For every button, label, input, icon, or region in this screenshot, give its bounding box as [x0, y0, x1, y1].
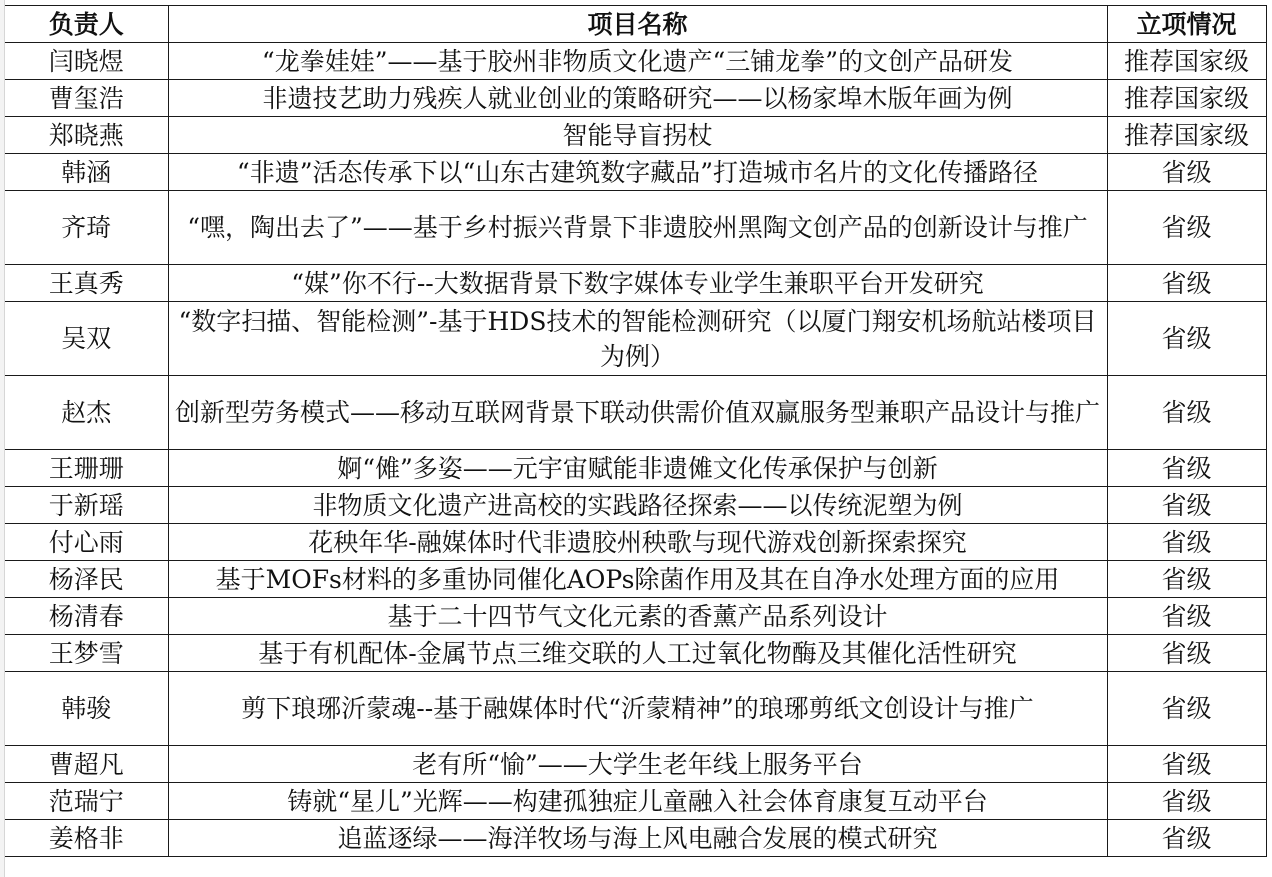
leader-cell: 杨泽民 — [5, 561, 168, 598]
leader-cell: 王真秀 — [5, 265, 168, 302]
status-cell: 省级 — [1107, 191, 1266, 265]
leader-cell: 韩涵 — [5, 154, 168, 191]
project-cell: “数字扫描、智能检测”-基于HDS技术的智能检测研究（以厦门翔安机场航站楼项目为… — [168, 302, 1107, 376]
status-cell: 推荐国家级 — [1107, 117, 1266, 154]
project-table: 负责人 项目名称 立项情况 闫晓煜 “龙拳娃娃”——基于胶州非物质文化遗产“三铺… — [5, 5, 1267, 857]
project-cell: 创新型劳务模式——移动互联网背景下联动供需价值双赢服务型兼职产品设计与推广 — [168, 376, 1107, 450]
table-row: 范瑞宁 铸就“星儿”光辉——构建孤独症儿童融入社会体育康复互动平台 省级 — [5, 783, 1266, 820]
table-row: 韩骏 剪下琅琊沂蒙魂--基于融媒体时代“沂蒙精神”的琅琊剪纸文创设计与推广 省级 — [5, 672, 1266, 746]
project-cell: 追蓝逐绿——海洋牧场与海上风电融合发展的模式研究 — [168, 820, 1107, 857]
status-cell: 省级 — [1107, 746, 1266, 783]
leader-cell: 韩骏 — [5, 672, 168, 746]
leader-cell: 王梦雪 — [5, 635, 168, 672]
leader-cell: 吴双 — [5, 302, 168, 376]
leader-cell: 于新瑶 — [5, 487, 168, 524]
leader-cell: 杨清春 — [5, 598, 168, 635]
project-cell: 基于二十四节气文化元素的香薰产品系列设计 — [168, 598, 1107, 635]
status-cell: 省级 — [1107, 450, 1266, 487]
table-row: 王真秀 “媒”你不行--大数据背景下数字媒体专业学生兼职平台开发研究 省级 — [5, 265, 1266, 302]
table-row: 齐琦 “嘿，陶出去了”——基于乡村振兴背景下非遗胶州黑陶文创产品的创新设计与推广… — [5, 191, 1266, 265]
table-row: 赵杰 创新型劳务模式——移动互联网背景下联动供需价值双赢服务型兼职产品设计与推广… — [5, 376, 1266, 450]
status-cell: 省级 — [1107, 524, 1266, 561]
table-row: 王梦雪 基于有机配体-金属节点三维交联的人工过氧化物酶及其催化活性研究 省级 — [5, 635, 1266, 672]
status-cell: 省级 — [1107, 376, 1266, 450]
project-cell: 花秧年华-融媒体时代非遗胶州秧歌与现代游戏创新探索探究 — [168, 524, 1107, 561]
leader-cell: 王珊珊 — [5, 450, 168, 487]
project-cell: 基于有机配体-金属节点三维交联的人工过氧化物酶及其催化活性研究 — [168, 635, 1107, 672]
status-cell: 省级 — [1107, 820, 1266, 857]
table-row: 曹玺浩 非遗技艺助力残疾人就业创业的策略研究——以杨家埠木版年画为例 推荐国家级 — [5, 80, 1266, 117]
table-row: 曹超凡 老有所“愉”——大学生老年线上服务平台 省级 — [5, 746, 1266, 783]
leader-cell: 齐琦 — [5, 191, 168, 265]
leader-cell: 姜格非 — [5, 820, 168, 857]
table-row: 吴双 “数字扫描、智能检测”-基于HDS技术的智能检测研究（以厦门翔安机场航站楼… — [5, 302, 1266, 376]
project-cell: 基于MOFs材料的多重协同催化AOPs除菌作用及其在自净水处理方面的应用 — [168, 561, 1107, 598]
table-row: 杨泽民 基于MOFs材料的多重协同催化AOPs除菌作用及其在自净水处理方面的应用… — [5, 561, 1266, 598]
project-cell: 婀“傩”多姿——元宇宙赋能非遗傩文化传承保护与创新 — [168, 450, 1107, 487]
status-cell: 省级 — [1107, 598, 1266, 635]
project-cell: 非遗技艺助力残疾人就业创业的策略研究——以杨家埠木版年画为例 — [168, 80, 1107, 117]
table-row: 付心雨 花秧年华-融媒体时代非遗胶州秧歌与现代游戏创新探索探究 省级 — [5, 524, 1266, 561]
header-project-name: 项目名称 — [168, 6, 1107, 43]
project-cell: 非物质文化遗产进高校的实践路径探索——以传统泥塑为例 — [168, 487, 1107, 524]
table-row: 杨清春 基于二十四节气文化元素的香薰产品系列设计 省级 — [5, 598, 1266, 635]
leader-cell: 曹超凡 — [5, 746, 168, 783]
status-cell: 省级 — [1107, 783, 1266, 820]
status-cell: 推荐国家级 — [1107, 80, 1266, 117]
project-cell: “媒”你不行--大数据背景下数字媒体专业学生兼职平台开发研究 — [168, 265, 1107, 302]
status-cell: 省级 — [1107, 561, 1266, 598]
status-cell: 省级 — [1107, 672, 1266, 746]
table-row: 郑晓燕 智能导盲拐杖 推荐国家级 — [5, 117, 1266, 154]
status-cell: 省级 — [1107, 635, 1266, 672]
leader-cell: 闫晓煜 — [5, 43, 168, 80]
header-status: 立项情况 — [1107, 6, 1266, 43]
project-cell: 智能导盲拐杖 — [168, 117, 1107, 154]
table-row: 闫晓煜 “龙拳娃娃”——基于胶州非物质文化遗产“三铺龙拳”的文创产品研发 推荐国… — [5, 43, 1266, 80]
project-cell: 铸就“星儿”光辉——构建孤独症儿童融入社会体育康复互动平台 — [168, 783, 1107, 820]
status-cell: 省级 — [1107, 487, 1266, 524]
status-cell: 省级 — [1107, 265, 1266, 302]
status-cell: 省级 — [1107, 302, 1266, 376]
status-cell: 推荐国家级 — [1107, 43, 1266, 80]
leader-cell: 付心雨 — [5, 524, 168, 561]
table-row: 姜格非 追蓝逐绿——海洋牧场与海上风电融合发展的模式研究 省级 — [5, 820, 1266, 857]
project-cell: 剪下琅琊沂蒙魂--基于融媒体时代“沂蒙精神”的琅琊剪纸文创设计与推广 — [168, 672, 1107, 746]
status-cell: 省级 — [1107, 154, 1266, 191]
project-cell: “嘿，陶出去了”——基于乡村振兴背景下非遗胶州黑陶文创产品的创新设计与推广 — [168, 191, 1107, 265]
leader-cell: 范瑞宁 — [5, 783, 168, 820]
header-row: 负责人 项目名称 立项情况 — [5, 6, 1266, 43]
project-cell: “非遗”活态传承下以“山东古建筑数字藏品”打造城市名片的文化传播路径 — [168, 154, 1107, 191]
leader-cell: 赵杰 — [5, 376, 168, 450]
table-row: 韩涵 “非遗”活态传承下以“山东古建筑数字藏品”打造城市名片的文化传播路径 省级 — [5, 154, 1266, 191]
leader-cell: 郑晓燕 — [5, 117, 168, 154]
header-leader: 负责人 — [5, 6, 168, 43]
table-row: 王珊珊 婀“傩”多姿——元宇宙赋能非遗傩文化传承保护与创新 省级 — [5, 450, 1266, 487]
table-row: 于新瑶 非物质文化遗产进高校的实践路径探索——以传统泥塑为例 省级 — [5, 487, 1266, 524]
project-cell: 老有所“愉”——大学生老年线上服务平台 — [168, 746, 1107, 783]
project-cell: “龙拳娃娃”——基于胶州非物质文化遗产“三铺龙拳”的文创产品研发 — [168, 43, 1107, 80]
leader-cell: 曹玺浩 — [5, 80, 168, 117]
